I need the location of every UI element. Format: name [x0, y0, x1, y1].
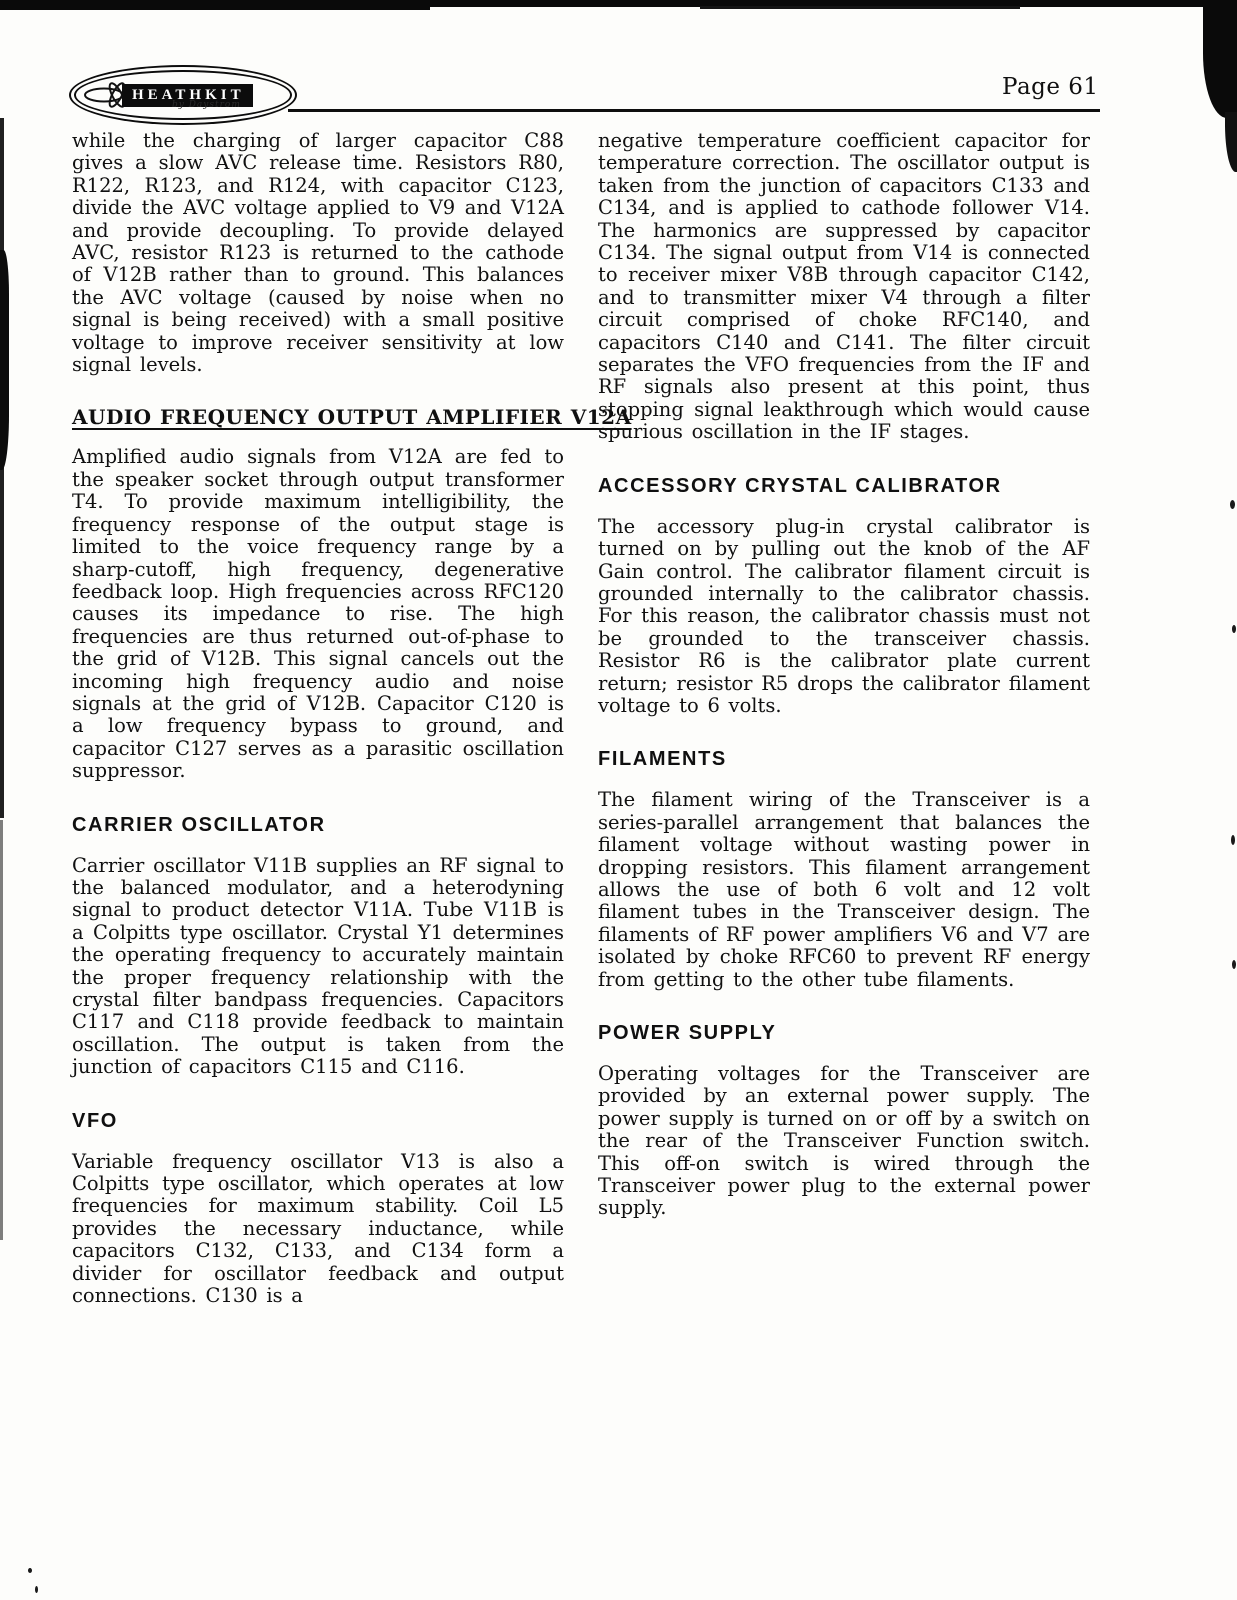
- header-rule: [288, 109, 1100, 112]
- paragraph-vfo-continued: negative temperature coefficient capacit…: [598, 130, 1090, 444]
- paragraph-avc: while the charging of larger capacitor C…: [72, 130, 564, 376]
- paragraph-audio-amplifier: Amplified audio signals from V12A are fe…: [72, 446, 564, 782]
- scan-speck: [1232, 625, 1236, 633]
- scan-artifact-corner-tail: [1225, 112, 1237, 172]
- paragraph-filaments: The filament wiring of the Transceiver i…: [598, 789, 1090, 991]
- scan-speck: [1232, 960, 1236, 969]
- heathkit-tagline: by Daystrom: [172, 100, 241, 110]
- scan-artifact-left-edge: [0, 820, 3, 1240]
- heading-audio-frequency-output-amplifier: AUDIO FREQUENCY OUTPUT AMPLIFIER V12A: [72, 405, 564, 429]
- paragraph-vfo: Variable frequency oscillator V13 is als…: [72, 1151, 564, 1308]
- heading-vfo: VFO: [72, 1110, 564, 1133]
- scan-speck: [1231, 835, 1235, 845]
- page-body: while the charging of larger capacitor C…: [72, 130, 1090, 1307]
- paragraph-power-supply: Operating voltages for the Transceiver a…: [598, 1063, 1090, 1220]
- paragraph-carrier-oscillator: Carrier oscillator V11B supplies an RF s…: [72, 855, 564, 1079]
- page-number: Page 61: [1002, 74, 1099, 100]
- left-column: while the charging of larger capacitor C…: [72, 130, 564, 1307]
- scan-artifact-left-blob: [0, 250, 9, 470]
- heading-accessory-crystal-calibrator: ACCESSORY CRYSTAL CALIBRATOR: [598, 475, 1090, 498]
- heathkit-logo: HEATHKIT by Daystrom: [74, 70, 292, 120]
- paragraph-crystal-calibrator: The accessory plug-in crystal calibrator…: [598, 516, 1090, 718]
- manual-page: HEATHKIT by Daystrom Page 61 while the c…: [0, 0, 1237, 1600]
- scan-speck: [28, 1568, 32, 1573]
- heading-carrier-oscillator: CARRIER OSCILLATOR: [72, 814, 564, 837]
- scan-speck: [35, 1586, 38, 1593]
- heading-filaments: FILAMENTS: [598, 748, 1090, 771]
- heading-power-supply: POWER SUPPLY: [598, 1022, 1090, 1045]
- right-column: negative temperature coefficient capacit…: [598, 130, 1090, 1307]
- scan-artifact-top-bump: [700, 6, 1020, 9]
- scan-speck: [1230, 500, 1235, 509]
- scan-artifact-corner-blob: [1203, 0, 1237, 118]
- scan-artifact-top-bump: [0, 6, 430, 10]
